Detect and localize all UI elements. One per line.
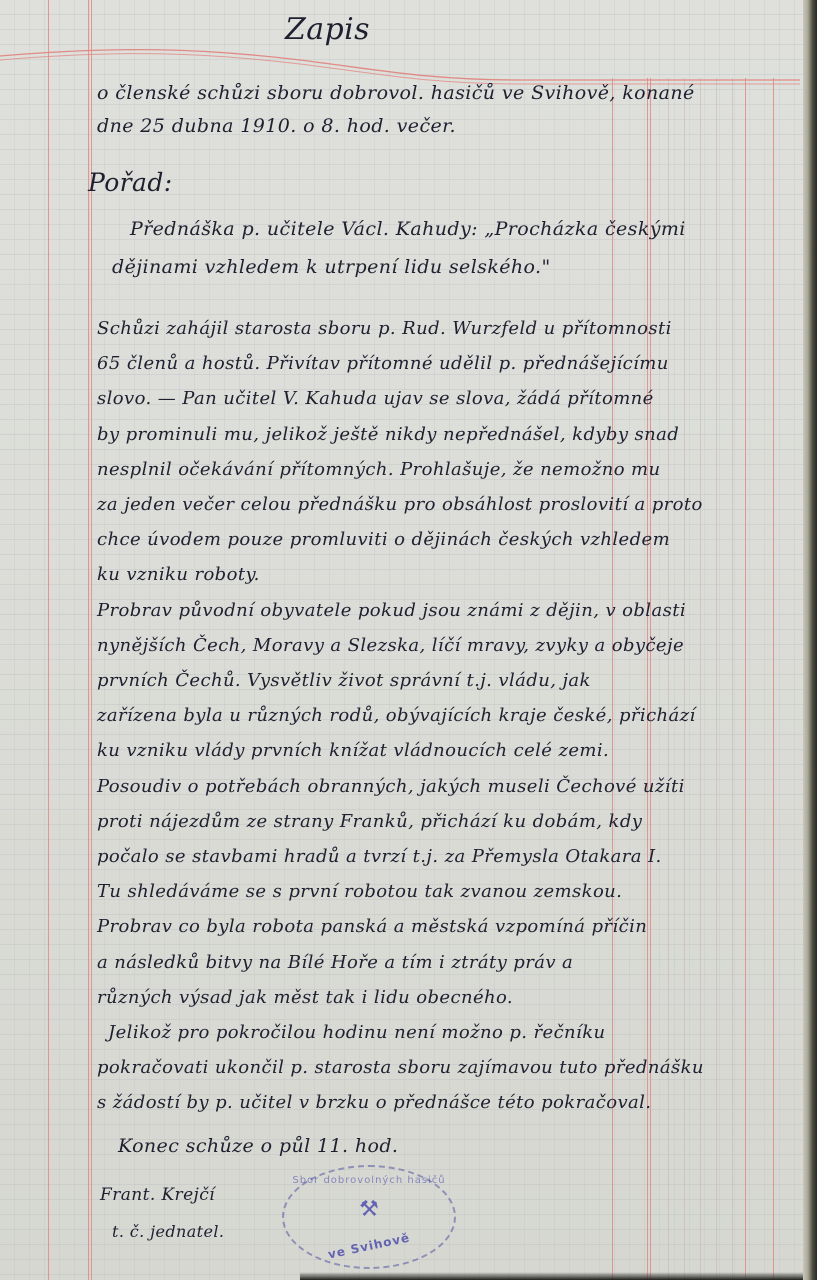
margin-rule xyxy=(48,0,49,1280)
minutes-line: nynějších Čech, Moravy a Slezska, líčí m… xyxy=(97,635,684,656)
minutes-line: 65 členů a hostů. Přivítav přítomné uděl… xyxy=(97,353,669,374)
minutes-line: počalo se stavbami hradů a tvrzí t.j. za… xyxy=(97,846,662,867)
minutes-line: nesplnil očekávání přítomných. Prohlašuj… xyxy=(97,459,661,480)
minutes-line: Jelikož pro pokročilou hodinu není možno… xyxy=(108,1022,606,1043)
intro-line: dne 25 dubna 1910. o 8. hod. večer. xyxy=(97,115,456,137)
ledger-page: Zapis o členské schůzi sboru dobrovol. h… xyxy=(0,0,803,1280)
organization-stamp: Sbor dobrovolných hasičů ⚒ ve Svihově xyxy=(282,1165,456,1269)
signature-name: Frant. Krejčí xyxy=(100,1185,215,1205)
minutes-line: Probrav co byla robota panská a městská … xyxy=(97,916,647,937)
minutes-line: by prominuli mu, jelikož ještě nikdy nep… xyxy=(97,424,679,445)
minutes-line: Probrav původní obyvatele pokud jsou zná… xyxy=(97,600,686,621)
closing-line: Konec schůze o půl 11. hod. xyxy=(118,1135,398,1157)
column-rule xyxy=(732,78,733,1280)
minutes-line: prvních Čechů. Vysvětliv život správní t… xyxy=(97,670,591,691)
agenda-line: Přednáška p. učitele Václ. Kahudy: „Proc… xyxy=(130,218,686,240)
book-binding xyxy=(803,0,817,1280)
minutes-line: za jeden večer celou přednášku pro obsáh… xyxy=(97,494,703,515)
column-rule xyxy=(668,78,669,1280)
minutes-line: a následků bitvy na Bílé Hoře a tím i zt… xyxy=(97,952,573,973)
minutes-line: Schůzi zahájil starosta sboru p. Rud. Wu… xyxy=(97,318,672,339)
column-rule xyxy=(745,78,746,1280)
intro-line: o členské schůzi sboru dobrovol. hasičů … xyxy=(97,82,695,104)
minutes-line: chce úvodem pouze promluviti o dějinách … xyxy=(97,529,670,550)
stamp-top-text: Sbor dobrovolných hasičů xyxy=(284,1175,454,1186)
minutes-line: Posoudiv o potřebách obranných, jakých m… xyxy=(97,776,685,797)
column-rule xyxy=(684,78,685,1280)
minutes-line: zařízena byla u různých rodů, obývajícíc… xyxy=(97,705,696,726)
column-rule xyxy=(716,78,717,1280)
minutes-line: s žádostí by p. učitel v brzku o přednáš… xyxy=(97,1092,651,1113)
minutes-line: různých výsad jak měst tak i lidu obecné… xyxy=(97,987,513,1008)
minutes-line: Tu shledáváme se s první robotou tak zva… xyxy=(97,881,622,902)
agenda-heading: Pořad: xyxy=(88,168,173,197)
column-rule xyxy=(773,78,774,1280)
fire-brigade-emblem-icon: ⚒ xyxy=(284,1197,454,1222)
minutes-line: ku vzniku roboty. xyxy=(97,564,260,585)
minutes-line: proti nájezdům ze strany Franků, přicház… xyxy=(97,811,642,832)
minutes-line: slovo. — Pan učitel V. Kahuda ujav se sl… xyxy=(97,388,654,409)
column-rule xyxy=(700,78,701,1280)
page-edge-shadow xyxy=(300,1272,803,1280)
minutes-line: pokračovati ukončil p. starosta sboru za… xyxy=(97,1057,704,1078)
signature-role: t. č. jednatel. xyxy=(112,1222,224,1241)
agenda-line: dějinami vzhledem k utrpení lidu selskéh… xyxy=(112,256,551,278)
stamp-bottom-text: ve Svihově xyxy=(284,1221,453,1270)
document-title: Zapis xyxy=(285,12,370,47)
minutes-line: ku vzniku vlády prvních knížat vládnoucí… xyxy=(97,740,609,761)
